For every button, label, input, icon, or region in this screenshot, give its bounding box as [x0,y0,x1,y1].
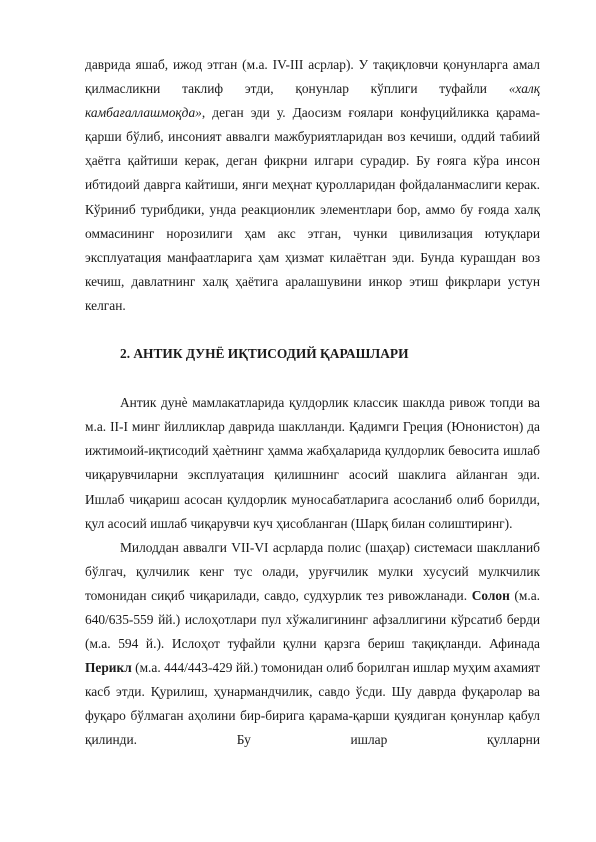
section-heading: 2. АНТИК ДУНЁ ИҚТИСОДИЙ ҚАРАШЛАРИ [85,342,540,366]
document-page: даврида яшаб, ижод этган (м.а. IV-III ас… [85,53,540,753]
paragraph-text: , деган эди у. Даосизм ғоялари конфуцийл… [85,105,540,313]
paragraph-antique-world: Антик дунѐ мамлакатларида қулдорлик клас… [85,391,540,536]
paragraph-text: даврида яшаб, ижод этган (м.а. IV-III ас… [85,57,540,96]
spacer [85,366,540,391]
paragraph-polis-system: Милоддан аввалги VII-VI асрларда полис (… [85,536,540,753]
bold-name-solon: Солон [472,588,510,603]
spacer [85,318,540,342]
paragraph-continuation: даврида яшаб, ижод этган (м.а. IV-III ас… [85,53,540,318]
bold-name-pericles: Перикл [85,660,132,675]
paragraph-text: (м.а. 444/443-429 йй.) томонидан олиб бо… [85,660,540,747]
